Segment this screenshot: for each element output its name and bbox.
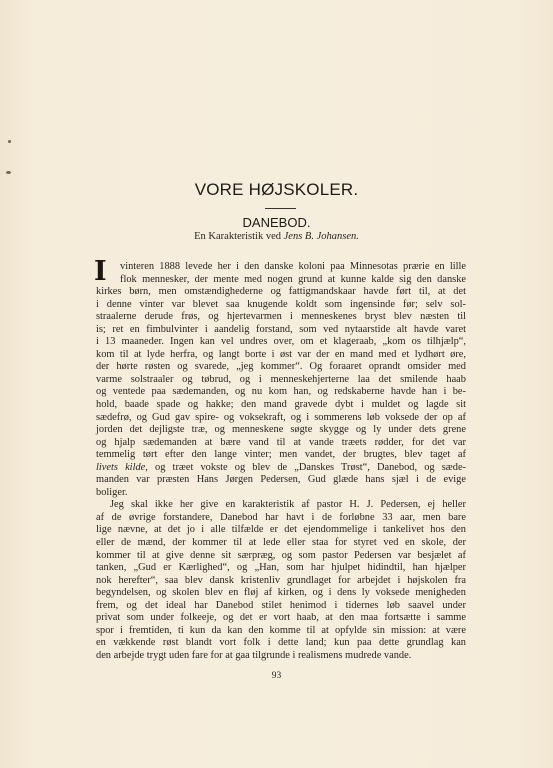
text-line: kom til at lyde herfra, og langt borte i… xyxy=(96,349,466,362)
text-line: af de øvrige forstandere, Danebod har ha… xyxy=(96,512,466,525)
text-line: hold, baade spade og hakke; den mand gra… xyxy=(96,399,466,412)
text-line: sædefrø, og Gud gav spire- og voksekraft… xyxy=(96,412,466,425)
text-line: begyndelsen, og skolen blev en fløj af k… xyxy=(96,587,466,600)
text-line: straalerne derude frøs, og hjertevarmen … xyxy=(96,311,466,324)
article-subtitle: DANEBOD. xyxy=(0,215,553,230)
text-line: privat som under folkeeje, og det er vor… xyxy=(96,612,466,625)
text-line: den arbejde trygt uden fare for at gaa t… xyxy=(96,650,466,663)
text-line: en vækkende røst blandt vort folk i dett… xyxy=(96,637,466,650)
article-body: vinteren 1888 levede her i den danske ko… xyxy=(96,261,466,663)
page-number: 93 xyxy=(0,671,553,681)
byline: En Karakteristik ved Jens B. Johansen. xyxy=(0,231,553,242)
text-line: der hørte røsten og svarede, „jeg kommer… xyxy=(96,361,466,374)
text-line: nok herefter“, saa blev dansk kristenliv… xyxy=(96,575,466,588)
scanned-page: VORE HØJSKOLER. DANEBOD. En Karakteristi… xyxy=(0,0,553,768)
article-title: VORE HØJSKOLER. xyxy=(0,180,553,200)
text-line: tanken, „Gud er Kærlighed“, og „Han, som… xyxy=(96,562,466,575)
text-line: i denne vinter var blevet saa knugende k… xyxy=(96,299,466,312)
text-line: eller de mænd, der kommer til at lede el… xyxy=(96,537,466,550)
text-line: kirkes børn, men omstændighederne og fat… xyxy=(96,286,466,299)
byline-author: Jens B. Johansen. xyxy=(284,231,359,242)
text-line: flok mennesker, der mente med nogen grun… xyxy=(96,274,466,287)
text-line: Jeg skal ikke her give en karakteristik … xyxy=(96,499,466,512)
text-line: spor i fremtiden, ti kun da kan den komm… xyxy=(96,625,466,638)
text-line: is; ret en fimbulvinter i aandelig forst… xyxy=(96,324,466,337)
text-line: temmelig tørt efter den lange vinter; me… xyxy=(96,449,466,462)
text-line: livets kilde, og træet vokste og blev de… xyxy=(96,462,466,475)
text-line: manden var præsten Hans Jørgen Pedersen,… xyxy=(96,474,466,487)
text-line: boliger. xyxy=(96,487,466,500)
text-line: vinteren 1888 levede her i den danske ko… xyxy=(96,261,466,274)
byline-prefix: En Karakteristik ved xyxy=(194,231,284,242)
margin-speck xyxy=(8,140,11,143)
text-line: varme solstraaler og tøbrud, og i mennes… xyxy=(96,374,466,387)
italic-phrase: livets kilde xyxy=(96,462,145,473)
text-line: jorden det dejligste træ, og menneskene … xyxy=(96,424,466,437)
text-line: og ventede paa sædemanden, og nu kom han… xyxy=(96,386,466,399)
text-line: og hjalp sædemanden at bære vand til at … xyxy=(96,437,466,450)
margin-speck xyxy=(6,171,11,174)
text-line: kommer til at give denne sit særpræg, og… xyxy=(96,550,466,563)
title-divider xyxy=(265,208,296,209)
text-line: frem, og det ideal har Danebod stilet he… xyxy=(96,600,466,613)
text-line: lige nævne, at det jo i alle tilfælde er… xyxy=(96,524,466,537)
text-line: i 13 maaneder. Ingen kan vel undres over… xyxy=(96,336,466,349)
